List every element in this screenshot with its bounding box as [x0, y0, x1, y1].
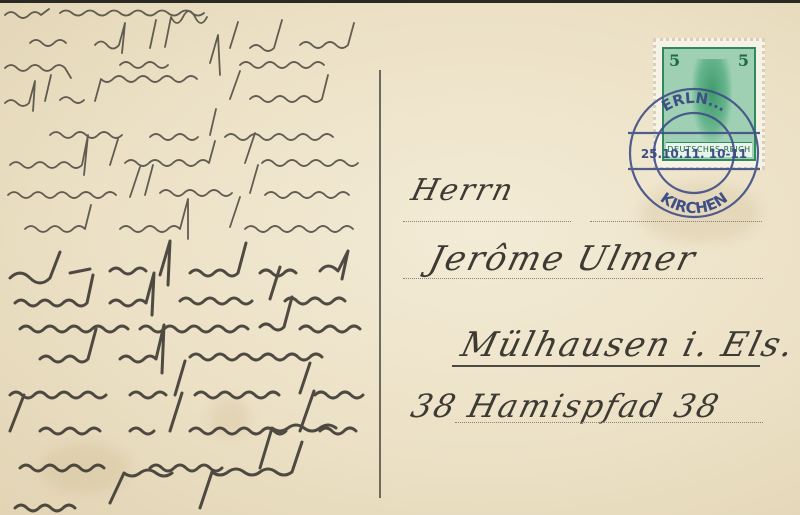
address-line-4 — [455, 422, 763, 423]
stamp-value-left: 5 — [669, 51, 680, 70]
address-line-1b — [590, 221, 762, 222]
address-line-2 — [403, 278, 763, 279]
stamp-value-right: 5 — [738, 51, 749, 70]
address-city: Mülhausen i. Els. — [457, 325, 799, 365]
postmark-cancellation: ERLN... KIRCHEN 25.10.11. 10-11 — [614, 81, 774, 231]
address-street: 38 Hamispfad 38 — [407, 387, 724, 425]
address-line-3-underline — [452, 365, 760, 367]
postmark-town-top: ERLN... — [658, 89, 730, 116]
postmark-date: 25.10.11. 10-11 — [641, 147, 747, 161]
cursive-script-icon — [0, 3, 379, 515]
address-line-1a — [403, 221, 571, 222]
address-divider-line — [379, 70, 381, 498]
address-name: Jerôme Ulmer — [425, 239, 701, 279]
address-salutation: Herrn — [408, 173, 519, 208]
postcard: 5 5 DEUTSCHES REICH ERLN... KIRCHEN 25.1… — [0, 3, 800, 515]
handwritten-message — [0, 3, 379, 515]
